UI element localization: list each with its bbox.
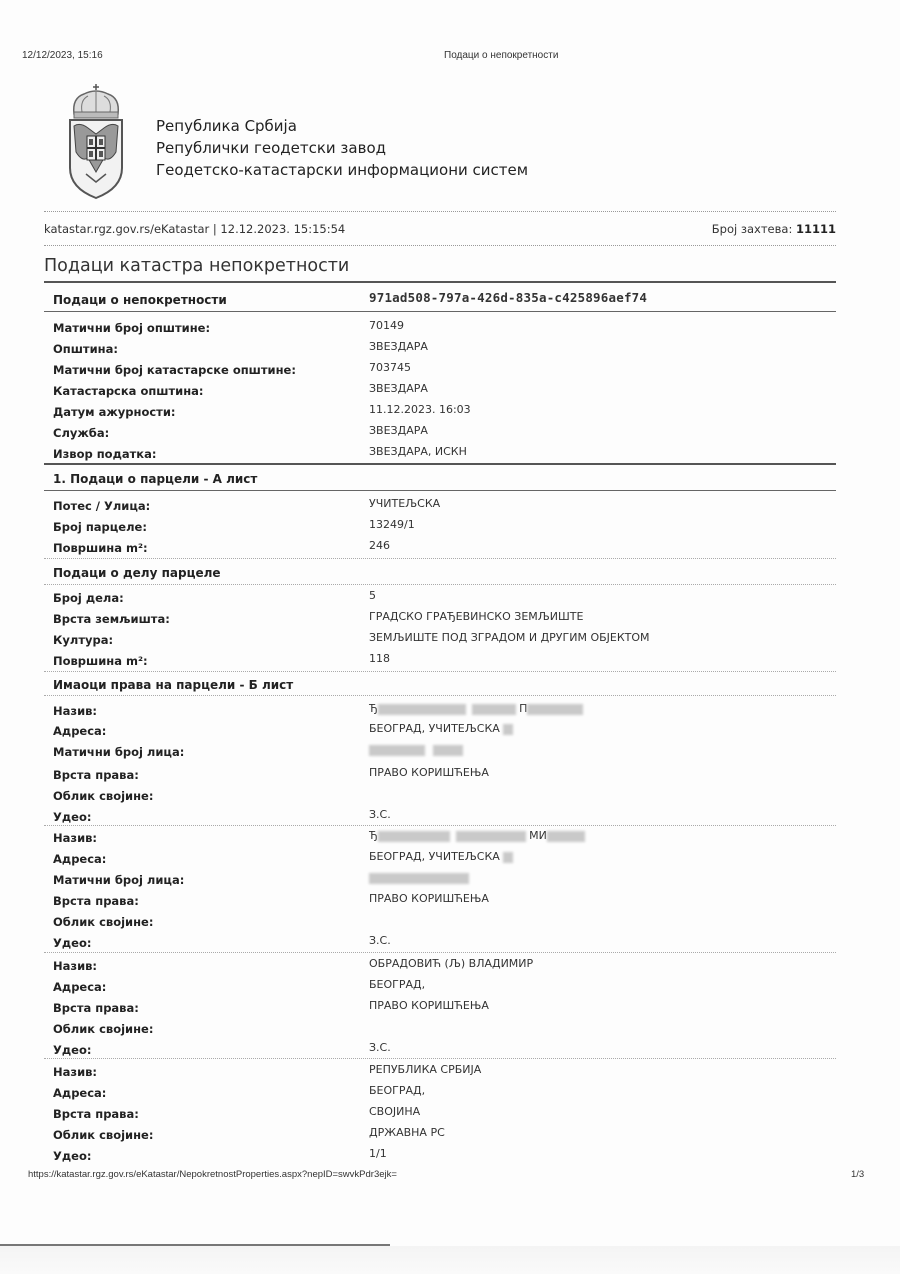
section-title: Подаци о делу парцеле: [53, 566, 221, 580]
field-value: З.С.: [369, 808, 391, 821]
redacted-block: [503, 852, 513, 863]
org-line-country: Република Србија: [156, 115, 656, 137]
redacted-block: [378, 831, 450, 842]
name-initial: П: [519, 702, 527, 715]
field-label: Општина:: [53, 342, 118, 356]
redacted-block: [527, 704, 583, 715]
field-label: Матични број лица:: [53, 745, 184, 759]
divider: [44, 281, 836, 283]
field-label: Назив:: [53, 704, 97, 718]
field-label: Адреса:: [53, 852, 106, 866]
redacted-block: [456, 831, 526, 842]
field-label: Број парцеле:: [53, 520, 147, 534]
field-value: БЕОГРАД, УЧИТЕЉСКА: [369, 722, 513, 735]
field-label: Потес / Улица:: [53, 499, 150, 513]
owner-name-row: Назив: Ђ МИ: [53, 831, 833, 851]
field-label: Назив:: [53, 831, 97, 845]
field-value: УЧИТЕЉСКА: [369, 497, 440, 510]
field-label: Облик својине:: [53, 915, 153, 929]
owner-name-redacted: Ђ П: [369, 702, 583, 715]
owner-share-row: Удео: З.С.: [53, 936, 833, 956]
field-value: ЗВЕЗДАРА: [369, 424, 428, 437]
field-label: Удео:: [53, 936, 91, 950]
org-line-institute: Републички геодетски завод: [156, 137, 656, 159]
property-row: Општина: ЗВЕЗДАРА: [53, 342, 833, 362]
owner-ownership-row: Облик својине:: [53, 915, 833, 935]
address-text: БЕОГРАД, УЧИТЕЉСКА: [369, 722, 500, 735]
owner-name-row: Назив: ОБРАДОВИЋ (Љ) ВЛАДИМИР: [53, 959, 833, 979]
field-value: 11.12.2023. 16:03: [369, 403, 471, 416]
parcel-part-row: Врста земљишта: ГРАДСКО ГРАЂЕВИНСКО ЗЕМЉ…: [53, 612, 833, 632]
org-line-system: Геодетско-катастарски информациони систе…: [156, 159, 656, 181]
field-value: 5: [369, 589, 376, 602]
field-label: Датум ажурности:: [53, 405, 176, 419]
parcel-section-header: 1. Подаци о парцели - А лист: [53, 472, 833, 492]
owner-name-row: Назив: Ђ П: [53, 704, 833, 724]
owner-ownership-row: Облик својине:: [53, 789, 833, 809]
field-value: ПРАВО КОРИШЋЕЊА: [369, 999, 489, 1012]
name-initial: МИ: [529, 829, 547, 842]
name-initial: Ђ: [369, 829, 378, 842]
owner-address-row: Адреса: БЕОГРАД, УЧИТЕЉСКА: [53, 852, 833, 872]
field-value: ДРЖАВНА РС: [369, 1126, 445, 1139]
divider: [44, 558, 836, 559]
field-label: Облик својине:: [53, 789, 153, 803]
field-value: ПРАВО КОРИШЋЕЊА: [369, 892, 489, 905]
redacted-block: [472, 704, 516, 715]
print-datetime: 12/12/2023, 15:16: [22, 50, 103, 61]
parcel-row: Потес / Улица: УЧИТЕЉСКА: [53, 499, 833, 519]
parcel-part-row: Број дела: 5: [53, 591, 833, 611]
section-title: Имаоци права на парцели - Б лист: [53, 678, 293, 692]
property-header-label: Подаци о непокретности: [53, 293, 227, 307]
meta-row: katastar.rgz.gov.rs/eKatastar | 12.12.20…: [44, 222, 836, 240]
parcel-part-header: Подаци о делу парцеле: [53, 566, 833, 586]
field-value: СВОЈИНА: [369, 1105, 420, 1118]
divider: [44, 245, 836, 246]
field-value: ОБРАДОВИЋ (Љ) ВЛАДИМИР: [369, 957, 533, 970]
property-row: Служба: ЗВЕЗДАРА: [53, 426, 833, 446]
divider: [44, 490, 836, 491]
field-label: Облик својине:: [53, 1128, 153, 1142]
divider: [44, 584, 836, 585]
redacted-block: [369, 873, 469, 884]
page-number: 1/3: [851, 1169, 864, 1180]
field-value: З.С.: [369, 934, 391, 947]
parcel-row: Број парцеле: 13249/1: [53, 520, 833, 540]
field-value: БЕОГРАД, УЧИТЕЉСКА: [369, 850, 513, 863]
owner-id-row: Матични број лица:: [53, 745, 833, 765]
divider: [44, 671, 836, 672]
owner-right-row: Врста права: ПРАВО КОРИШЋЕЊА: [53, 894, 833, 914]
owner-share-row: Удео: З.С.: [53, 1043, 833, 1063]
section-title: 1. Подаци о парцели - А лист: [53, 472, 257, 486]
field-label: Врста права:: [53, 1107, 139, 1121]
redacted-id: [369, 743, 463, 756]
source-and-timestamp: katastar.rgz.gov.rs/eKatastar | 12.12.20…: [44, 222, 345, 236]
field-label: Служба:: [53, 426, 109, 440]
field-value: 118: [369, 652, 390, 665]
owner-right-row: Врста права: СВОЈИНА: [53, 1107, 833, 1127]
divider: [44, 825, 836, 826]
owner-address-row: Адреса: БЕОГРАД,: [53, 1086, 833, 1106]
property-row: Матични број општине: 70149: [53, 321, 833, 341]
field-label: Површина m²:: [53, 654, 148, 668]
field-value: 13249/1: [369, 518, 415, 531]
parcel-part-row: Култура: ЗЕМЉИШТЕ ПОД ЗГРАДОМ И ДРУГИМ О…: [53, 633, 833, 653]
field-label: Извор податка:: [53, 447, 156, 461]
field-label: Назив:: [53, 959, 97, 973]
field-label: Облик својине:: [53, 1022, 153, 1036]
divider: [44, 695, 836, 696]
field-value: ЗВЕЗДАРА: [369, 340, 428, 353]
address-text: БЕОГРАД, УЧИТЕЉСКА: [369, 850, 500, 863]
print-header: 12/12/2023, 15:16 Подаци о непокретности: [22, 50, 878, 64]
owner-ownership-row: Облик својине:: [53, 1022, 833, 1042]
field-label: Удео:: [53, 1043, 91, 1057]
owner-share-row: Удео: 1/1: [53, 1149, 833, 1169]
field-label: Врста права:: [53, 768, 139, 782]
request-number-value: 11111: [796, 222, 836, 236]
owner-address-row: Адреса: БЕОГРАД, УЧИТЕЉСКА: [53, 724, 833, 744]
field-value: ПРАВО КОРИШЋЕЊА: [369, 766, 489, 779]
field-label: Удео:: [53, 1149, 91, 1163]
redacted-id: [369, 871, 469, 884]
divider: [44, 311, 836, 312]
print-title: Подаци о непокретности: [444, 50, 558, 61]
owner-share-row: Удео: З.С.: [53, 810, 833, 830]
page-edge-shadow: [0, 1246, 900, 1274]
field-label: Површина m²:: [53, 541, 148, 555]
divider: [44, 463, 836, 465]
owner-name-redacted: Ђ МИ: [369, 829, 585, 842]
field-value: ГРАДСКО ГРАЂЕВИНСКО ЗЕМЉИШТЕ: [369, 610, 583, 623]
page-edge: [0, 1244, 390, 1246]
redacted-block: [433, 745, 463, 756]
request-number-label: Број захтева:: [712, 222, 793, 236]
field-value: ЗЕМЉИШТЕ ПОД ЗГРАДОМ И ДРУГИМ ОБЈЕКТОМ: [369, 631, 650, 644]
divider: [44, 211, 836, 212]
field-label: Назив:: [53, 1065, 97, 1079]
field-value: 70149: [369, 319, 404, 332]
field-value: РЕПУБЛИКА СРБИЈА: [369, 1063, 481, 1076]
name-initial: Ђ: [369, 702, 378, 715]
field-label: Врста земљишта:: [53, 612, 170, 626]
field-value: 703745: [369, 361, 411, 374]
field-value: ЗВЕЗДАРА, ИСКН: [369, 445, 467, 458]
page-title: Подаци катастра непокретности: [44, 256, 349, 276]
redacted-block: [547, 831, 585, 842]
owner-right-row: Врста права: ПРАВО КОРИШЋЕЊА: [53, 768, 833, 788]
field-label: Матични број лица:: [53, 873, 184, 887]
field-label: Култура:: [53, 633, 113, 647]
redacted-block: [369, 745, 425, 756]
field-value: БЕОГРАД,: [369, 1084, 425, 1097]
request-number: Број захтева: 11111: [712, 222, 836, 236]
property-header: Подаци о непокретности 971ad508-797a-426…: [53, 293, 833, 313]
field-value: З.С.: [369, 1041, 391, 1054]
field-label: Врста права:: [53, 894, 139, 908]
field-label: Матични број катастарске општине:: [53, 363, 296, 377]
field-label: Адреса:: [53, 724, 106, 738]
field-label: Адреса:: [53, 1086, 106, 1100]
org-name-block: Република Србија Републички геодетски за…: [156, 115, 656, 181]
field-value: БЕОГРАД,: [369, 978, 425, 991]
owner-id-row: Матични број лица:: [53, 873, 833, 893]
field-label: Катастарска општина:: [53, 384, 204, 398]
property-row: Катастарска општина: ЗВЕЗДАРА: [53, 384, 833, 404]
owner-name-row: Назив: РЕПУБЛИКА СРБИЈА: [53, 1065, 833, 1085]
redacted-block: [503, 724, 513, 735]
divider: [44, 952, 836, 953]
field-value: 1/1: [369, 1147, 387, 1160]
divider: [44, 1058, 836, 1059]
field-value: 246: [369, 539, 390, 552]
serbia-coat-of-arms-icon: [66, 82, 126, 200]
property-row: Матични број катастарске општине: 703745: [53, 363, 833, 383]
property-row: Датум ажурности: 11.12.2023. 16:03: [53, 405, 833, 425]
field-label: Адреса:: [53, 980, 106, 994]
field-label: Матични број општине:: [53, 321, 210, 335]
owner-ownership-row: Облик својине: ДРЖАВНА РС: [53, 1128, 833, 1148]
field-label: Врста права:: [53, 1001, 139, 1015]
field-value: ЗВЕЗДАРА: [369, 382, 428, 395]
footer-url: https://katastar.rgz.gov.rs/eKatastar/Ne…: [28, 1169, 397, 1180]
property-id: 971ad508-797a-426d-835a-c425896aef74: [369, 290, 647, 305]
owner-right-row: Врста права: ПРАВО КОРИШЋЕЊА: [53, 1001, 833, 1021]
field-label: Број дела:: [53, 591, 124, 605]
field-label: Удео:: [53, 810, 91, 824]
owner-address-row: Адреса: БЕОГРАД,: [53, 980, 833, 1000]
redacted-block: [378, 704, 466, 715]
